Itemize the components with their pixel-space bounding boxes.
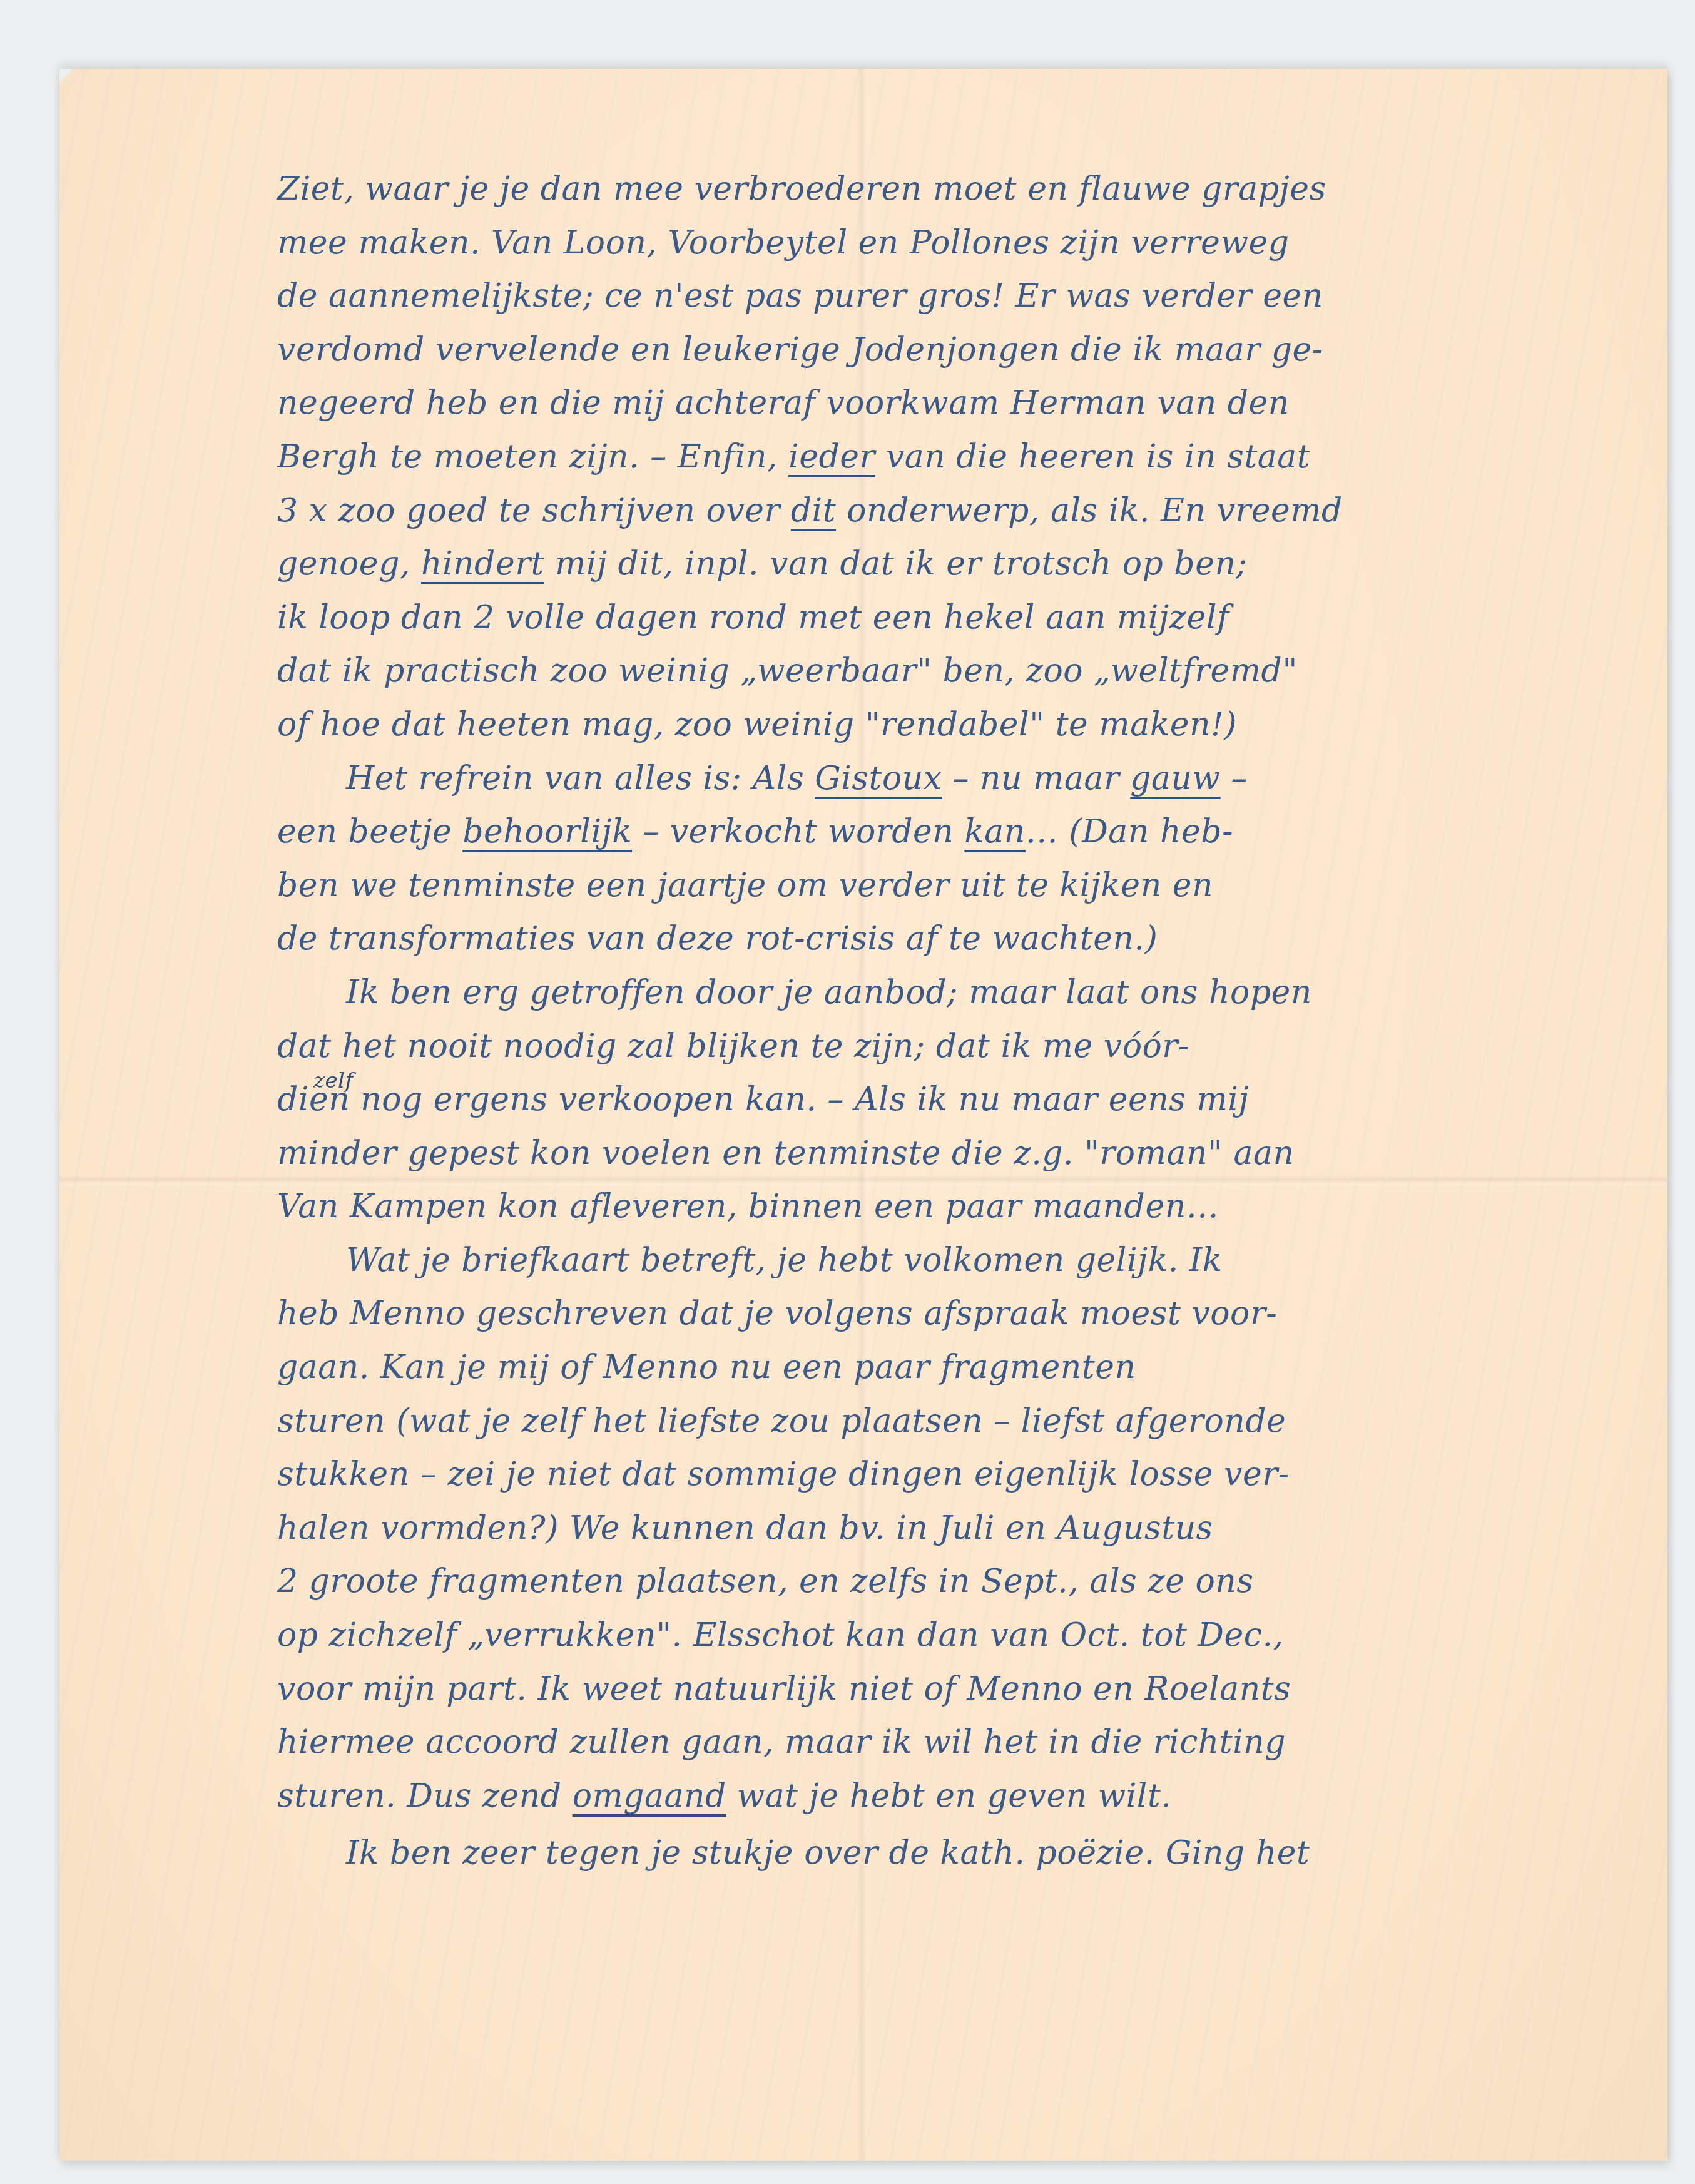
text-line: genoeg, hindert mij dit, inpl. van dat i… bbox=[277, 538, 1604, 591]
text-line: Bergh te moeten zijn. – Enfin, ieder van… bbox=[277, 431, 1604, 484]
text-line: verdomd vervelende en leukerige Jodenjon… bbox=[277, 324, 1604, 377]
handwritten-text: Ziet, waar je je dan mee verbroederen mo… bbox=[277, 163, 1604, 1880]
text-line: of hoe dat heeten mag, zoo weinig "renda… bbox=[277, 698, 1604, 752]
text-line: op zichzelf „verrukken". Elsschot kan da… bbox=[277, 1609, 1604, 1663]
text-line: de transformaties van deze rot-crisis af… bbox=[277, 912, 1604, 966]
text-line: heb Menno geschreven dat je volgens afsp… bbox=[277, 1287, 1604, 1341]
text-line: halen vormden?) We kunnen dan bv. in Jul… bbox=[277, 1502, 1604, 1556]
underlined-word: kan bbox=[964, 813, 1026, 850]
text-line: 3 x zoo goed te schrijven over dit onder… bbox=[277, 484, 1604, 538]
inserted-word: zelf bbox=[313, 1054, 354, 1108]
text-line: 2 groote fragmenten plaatsen, en zelfs i… bbox=[277, 1555, 1604, 1609]
underlined-word: behoorlijk bbox=[462, 813, 632, 850]
text-line: negeerd heb en die mij achteraf voorkwam… bbox=[277, 377, 1604, 431]
text-line: ik loop dan 2 volle dagen rond met een h… bbox=[277, 591, 1604, 645]
text-line: dat ik practisch zoo weinig „weerbaar" b… bbox=[277, 645, 1604, 698]
text-line: voor mijn part. Ik weet natuurlijk niet … bbox=[277, 1663, 1604, 1717]
text-line: mee maken. Van Loon, Voorbeytel en Pollo… bbox=[277, 217, 1604, 270]
text-line: sturen. Dus zend omgaand wat je hebt en … bbox=[277, 1770, 1604, 1824]
text-line-paragraph-start: Het refrein van alles is: Als Gistoux – … bbox=[277, 752, 1604, 806]
underlined-word: dit bbox=[791, 492, 836, 529]
text-line: gaan. Kan je mij of Menno nu een paar fr… bbox=[277, 1341, 1604, 1395]
text-line: hiermee accoord zullen gaan, maar ik wil… bbox=[277, 1716, 1604, 1770]
text-line: dat het nooit noodig zal blijken te zijn… bbox=[277, 1020, 1604, 1074]
text-line: ben we tenminste een jaartje om verder u… bbox=[277, 859, 1604, 913]
text-line: de aannemelijkste; ce n'est pas purer gr… bbox=[277, 270, 1604, 324]
underlined-word: ieder bbox=[788, 438, 875, 476]
text-line: een beetje behoorlijk – verkocht worden … bbox=[277, 805, 1604, 859]
letter-page: Ziet, waar je je dan mee verbroederen mo… bbox=[59, 69, 1667, 2161]
text-line: Ziet, waar je je dan mee verbroederen mo… bbox=[277, 163, 1604, 217]
text-line-paragraph-start: Ik ben erg getroffen door je aanbod; maa… bbox=[277, 966, 1604, 1020]
text-line: sturen (wat je zelf het liefste zou plaa… bbox=[277, 1395, 1604, 1449]
text-line: Van Kampen kon afleveren, binnen een paa… bbox=[277, 1180, 1604, 1234]
torn-corner bbox=[59, 69, 73, 83]
underlined-word: omgaand bbox=[573, 1777, 726, 1815]
text-line-paragraph-start: Wat je briefkaart betreft, je hebt volko… bbox=[277, 1234, 1604, 1288]
underlined-word: hindert bbox=[421, 545, 544, 583]
text-line: stukken – zei je niet dat sommige dingen… bbox=[277, 1448, 1604, 1502]
underlined-word: gauw bbox=[1130, 760, 1220, 797]
underlined-word: Gistoux bbox=[815, 760, 942, 797]
text-line-paragraph-start: Ik ben zeer tegen je stukje over de kath… bbox=[277, 1827, 1604, 1880]
text-line-content: dien nog ergens verkoopen kan. – Als ik … bbox=[277, 1081, 1249, 1118]
text-line: minder gepest kon voelen en tenminste di… bbox=[277, 1127, 1604, 1181]
text-line: zelf dien nog ergens verkoopen kan. – Al… bbox=[277, 1073, 1604, 1127]
